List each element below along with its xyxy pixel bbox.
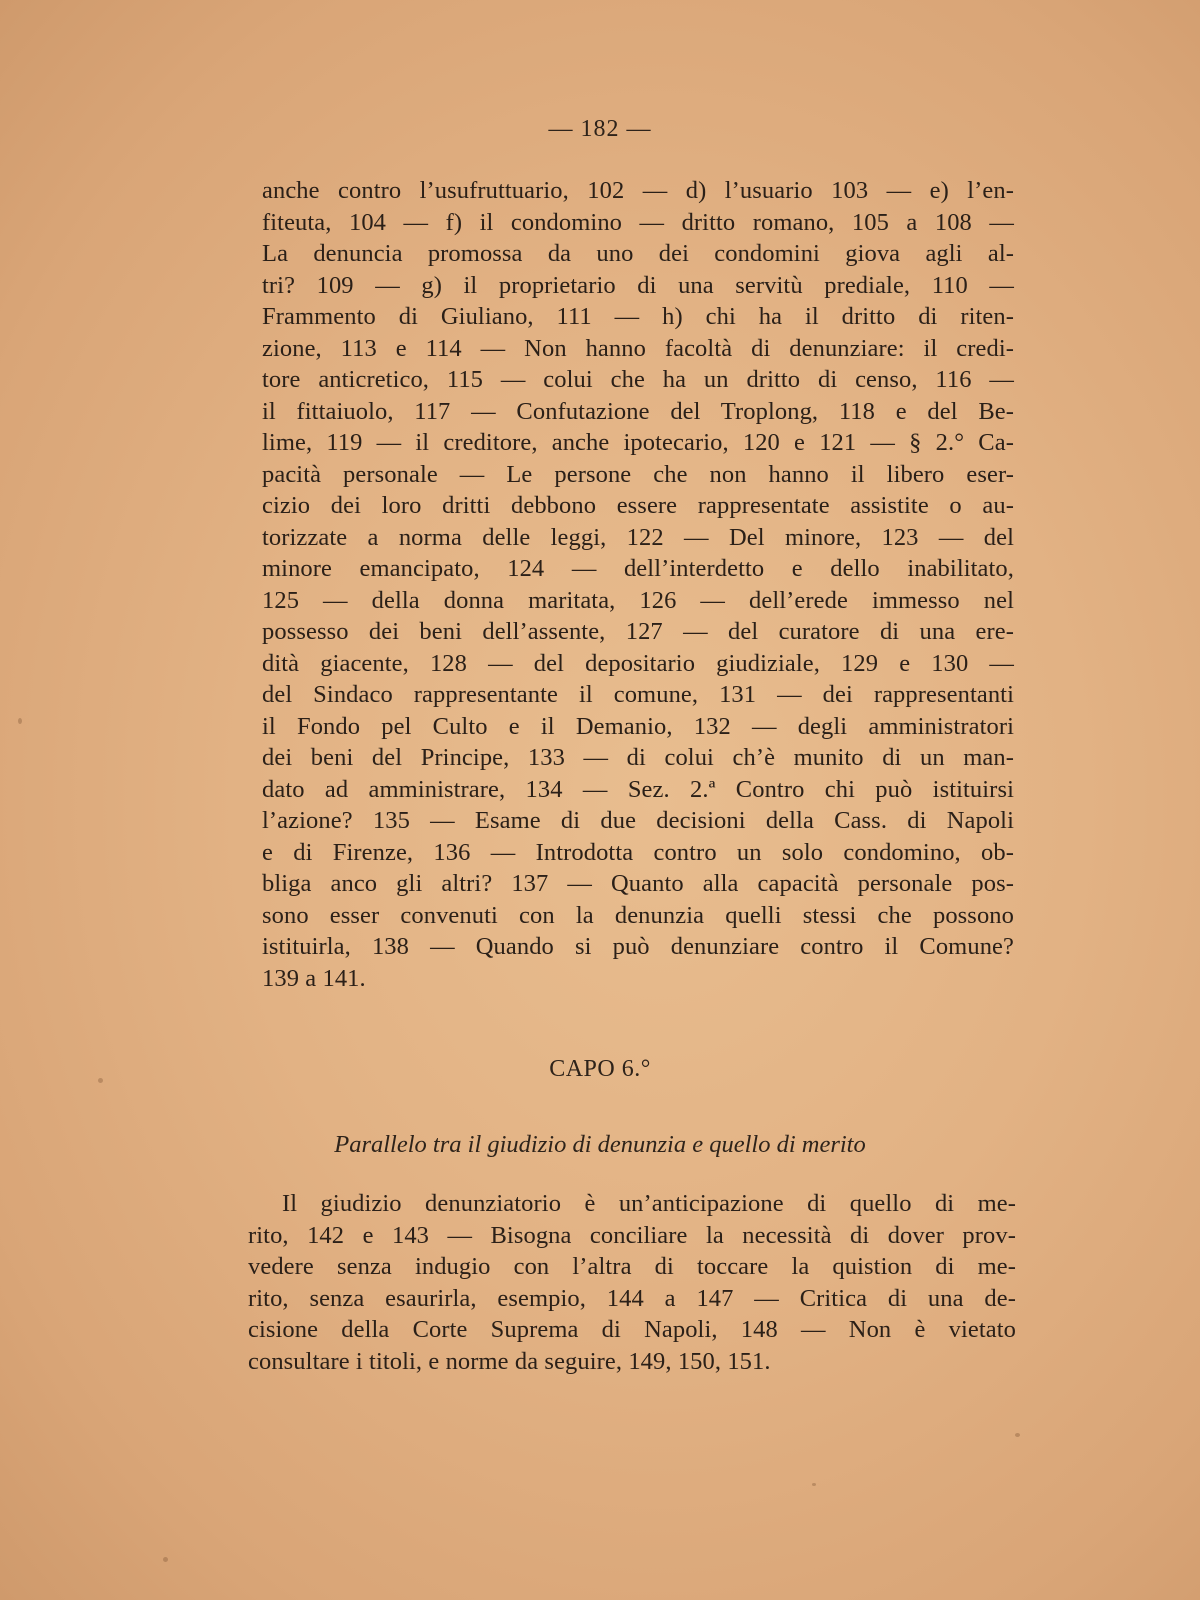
paper-speck: [18, 718, 22, 724]
text-line: pacità personale — Le persone che non ha…: [262, 459, 1014, 491]
text-line: Il giudizio denunziatorio è un’anticipaz…: [248, 1188, 1016, 1220]
text-line: sono esser convenuti con la denunzia que…: [262, 900, 1014, 932]
text-line: zione, 113 e 114 — Non hanno facoltà di …: [262, 333, 1014, 365]
text-line: istituirla, 138 — Quando si può denunzia…: [262, 931, 1014, 963]
text-line: rito, senza esaurirla, esempio, 144 a 14…: [248, 1283, 1016, 1315]
text-line: del Sindaco rappresentante il comune, 13…: [262, 679, 1014, 711]
text-line: minore emancipato, 124 — dell’interdetto…: [262, 553, 1014, 585]
text-line: possesso dei beni dell’assente, 127 — de…: [262, 616, 1014, 648]
text-line: 139 a 141.: [262, 963, 1014, 995]
text-line: torizzate a norma delle leggi, 122 — Del…: [262, 522, 1014, 554]
text-line: vedere senza indugio con l’altra di tocc…: [248, 1251, 1016, 1283]
text-line: 125 — della donna maritata, 126 — dell’e…: [262, 585, 1014, 617]
chapter-subtitle: Parallelo tra il giudizio di denunzia e …: [0, 1131, 1200, 1159]
book-page: — 182 — anche contro l’usufruttuario, 10…: [0, 0, 1200, 1600]
paper-speck: [163, 1557, 168, 1562]
text-line: l’azione? 135 — Esame di due decisioni d…: [262, 805, 1014, 837]
paper-speck: [812, 1483, 816, 1486]
text-line: lime, 119 — il creditore, anche ipotecar…: [262, 427, 1014, 459]
text-line: il Fondo pel Culto e il Demanio, 132 — d…: [262, 711, 1014, 743]
text-line: cisione della Corte Suprema di Napoli, 1…: [248, 1314, 1016, 1346]
text-line: anche contro l’usufruttuario, 102 — d) l…: [262, 175, 1014, 207]
text-line: bliga anco gli altri? 137 — Quanto alla …: [262, 868, 1014, 900]
chapter-summary-text-block: Il giudizio denunziatorio è un’anticipaz…: [248, 1188, 1016, 1377]
text-line: il fittaiuolo, 117 — Confutazione del Tr…: [262, 396, 1014, 428]
text-line: fiteuta, 104 — f) il condomino — dritto …: [262, 207, 1014, 239]
text-line: La denuncia promossa da uno dei condomin…: [262, 238, 1014, 270]
text-line: dità giacente, 128 — del depositario giu…: [262, 648, 1014, 680]
text-line: tore anticretico, 115 — colui che ha un …: [262, 364, 1014, 396]
text-line: consultare i titoli, e norme da seguire,…: [248, 1346, 1016, 1378]
text-line: rito, 142 e 143 — Bisogna conciliare la …: [248, 1220, 1016, 1252]
text-line: tri? 109 — g) il proprietario di una ser…: [262, 270, 1014, 302]
chapter-title: CAPO 6.°: [0, 1056, 1200, 1083]
text-line: e di Firenze, 136 — Introdotta contro un…: [262, 837, 1014, 869]
paper-speck: [1015, 1433, 1020, 1437]
text-line: cizio dei loro dritti debbono essere rap…: [262, 490, 1014, 522]
text-line: dei beni del Principe, 133 — di colui ch…: [262, 742, 1014, 774]
page-number: — 182 —: [0, 116, 1200, 143]
text-line: dato ad amministrare, 134 — Sez. 2.ª Con…: [262, 774, 1014, 806]
text-line: Frammento di Giuliano, 111 — h) chi ha i…: [262, 301, 1014, 333]
paper-speck: [98, 1078, 103, 1083]
summary-text-block: anche contro l’usufruttuario, 102 — d) l…: [262, 175, 1014, 994]
